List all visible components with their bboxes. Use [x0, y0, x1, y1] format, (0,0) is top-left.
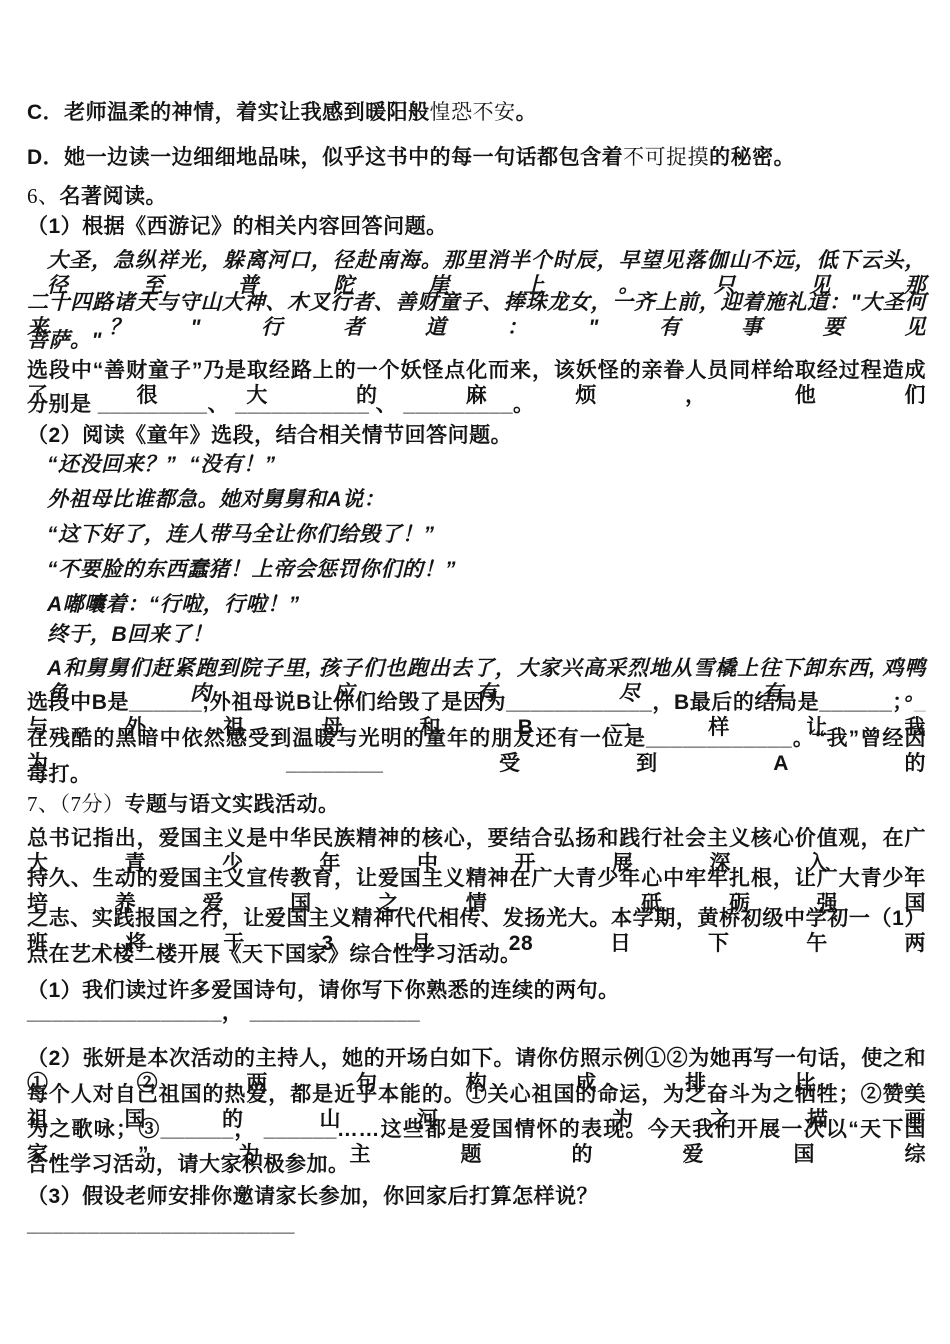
excerpt-text: 二十四路诸天与守山大神、木叉行者、善财童子、捧珠龙女，一齐上前，迎着施礼道："大… — [27, 291, 926, 339]
answer-blank-line: ______________________ — [27, 1213, 295, 1236]
childhood-dialogue-4: “不要脸的东西蠢猪！上帝会惩罚你们的！” — [47, 557, 456, 582]
q7-part2-example-line-3: 合性学习活动，请大家积极参加。 — [27, 1152, 350, 1177]
option-d-idiom: 不可捉摸 — [623, 146, 709, 169]
dialogue-text: “不要脸的东西蠢猪！上帝会惩罚你们的！” — [47, 558, 456, 581]
example-text: 合性学习活动，请大家积极参加。 — [27, 1153, 350, 1176]
q6-part1-answer-blanks: 分别是 _________、 ___________ 、 _________。 — [27, 392, 535, 417]
question-text: 选段中B是______;外祖母说B让你们给毁了是因为____________，B… — [27, 691, 914, 714]
question-6-number: 6、 — [27, 184, 60, 208]
dialogue-text: A嘟囔着：“行啦，行啦！” — [47, 593, 300, 616]
q7-part3-answer-blank: ______________________ — [27, 1212, 295, 1237]
question-7-label: 专题与语文实践活动。 — [125, 793, 340, 816]
answer-blank-line: ________________， ______________ — [27, 1001, 420, 1024]
option-d: D．她一边读一边细细地品味，似乎这书中的每一句话都包含着不可捉摸的秘密。 — [27, 145, 795, 170]
journey-west-excerpt-line-3: 菩萨。" — [27, 328, 102, 353]
dialogue-text: “还没回来？” “没有！” — [47, 453, 276, 476]
intro-text: 点在艺术楼二楼开展《天下国家》综合性学习活动。 — [27, 943, 522, 966]
q7-intro-line-4: 点在艺术楼二楼开展《天下国家》综合性学习活动。 — [27, 942, 522, 967]
q7-part1-answer-blank: ________________， ______________ — [27, 1000, 420, 1025]
exam-paper-page: C．老师温柔的神情，着实让我感到暖阳般惶恐不安。 D．她一边读一边细细地品味，似… — [0, 0, 950, 1344]
question-text: 毒打。 — [27, 763, 92, 786]
dialogue-text: 终于，B回来了！ — [47, 623, 213, 646]
childhood-dialogue-6: 终于，B回来了！ — [47, 622, 213, 647]
question-6-title: 6、名著阅读。 — [27, 184, 167, 209]
question-text: 在残酷的黑暗中依然感受到温暖与光明的童年的朋友还有一位是____________… — [27, 727, 926, 775]
option-c-period: 。 — [516, 101, 538, 124]
answer-blank-line: 分别是 _________、 ___________ 、 _________。 — [27, 393, 535, 416]
option-d-text: D．她一边读一边细细地品味，似乎这书中的每一句话都包含着 — [27, 146, 623, 169]
dialogue-text: 外祖母比谁都急。她对舅舅和A说： — [47, 488, 385, 511]
option-c: C．老师温柔的神情，着实让我感到暖阳般惶恐不安。 — [27, 100, 537, 125]
childhood-dialogue-5: A嘟囔着：“行啦，行啦！” — [47, 592, 300, 617]
q7-part1-prompt-text: （1）我们读过许多爱国诗句，请你写下你熟悉的连续的两句。 — [27, 979, 620, 1002]
q6-part2-prompt: （2）阅读《童年》选段，结合相关情节回答问题。 — [27, 423, 512, 448]
option-c-text: C．老师温柔的神情，着实让我感到暖阳般 — [27, 101, 430, 124]
question-7-title: 7、（7分）专题与语文实践活动。 — [27, 792, 340, 817]
dialogue-text: “这下好了，连人带马全让你们给毁了！” — [47, 523, 435, 546]
q6-part2-question-line-2: 在残酷的黑暗中依然感受到温暖与光明的童年的朋友还有一位是____________… — [27, 726, 926, 776]
question-7-number: 7、（7分） — [27, 792, 125, 816]
q7-part3-prompt: （3）假设老师安排你邀请家长参加，你回家后打算怎样说？ — [27, 1184, 598, 1209]
q6-part1-prompt-text: （1）根据《西游记》的相关内容回答问题。 — [27, 215, 448, 238]
childhood-dialogue-3: “这下好了，连人带马全让你们给毁了！” — [47, 522, 435, 547]
option-c-idiom: 惶恐不安 — [430, 101, 516, 124]
journey-west-excerpt-line-2: 二十四路诸天与守山大神、木叉行者、善财童子、捧珠龙女，一齐上前，迎着施礼道："大… — [27, 290, 926, 340]
q7-part3-prompt-text: （3）假设老师安排你邀请家长参加，你回家后打算怎样说？ — [27, 1185, 598, 1208]
excerpt-text: 菩萨。" — [27, 329, 102, 352]
question-6-label: 名著阅读。 — [60, 185, 168, 208]
q6-part1-prompt: （1）根据《西游记》的相关内容回答问题。 — [27, 214, 448, 239]
childhood-dialogue-2: 外祖母比谁都急。她对舅舅和A说： — [47, 487, 385, 512]
q6-part2-prompt-text: （2）阅读《童年》选段，结合相关情节回答问题。 — [27, 424, 512, 447]
option-d-end: 的秘密。 — [709, 146, 795, 169]
q6-part2-question-line-3: 毒打。 — [27, 762, 92, 787]
childhood-dialogue-1: “还没回来？” “没有！” — [47, 452, 276, 477]
gray-underscore-mark: _ — [914, 691, 926, 714]
